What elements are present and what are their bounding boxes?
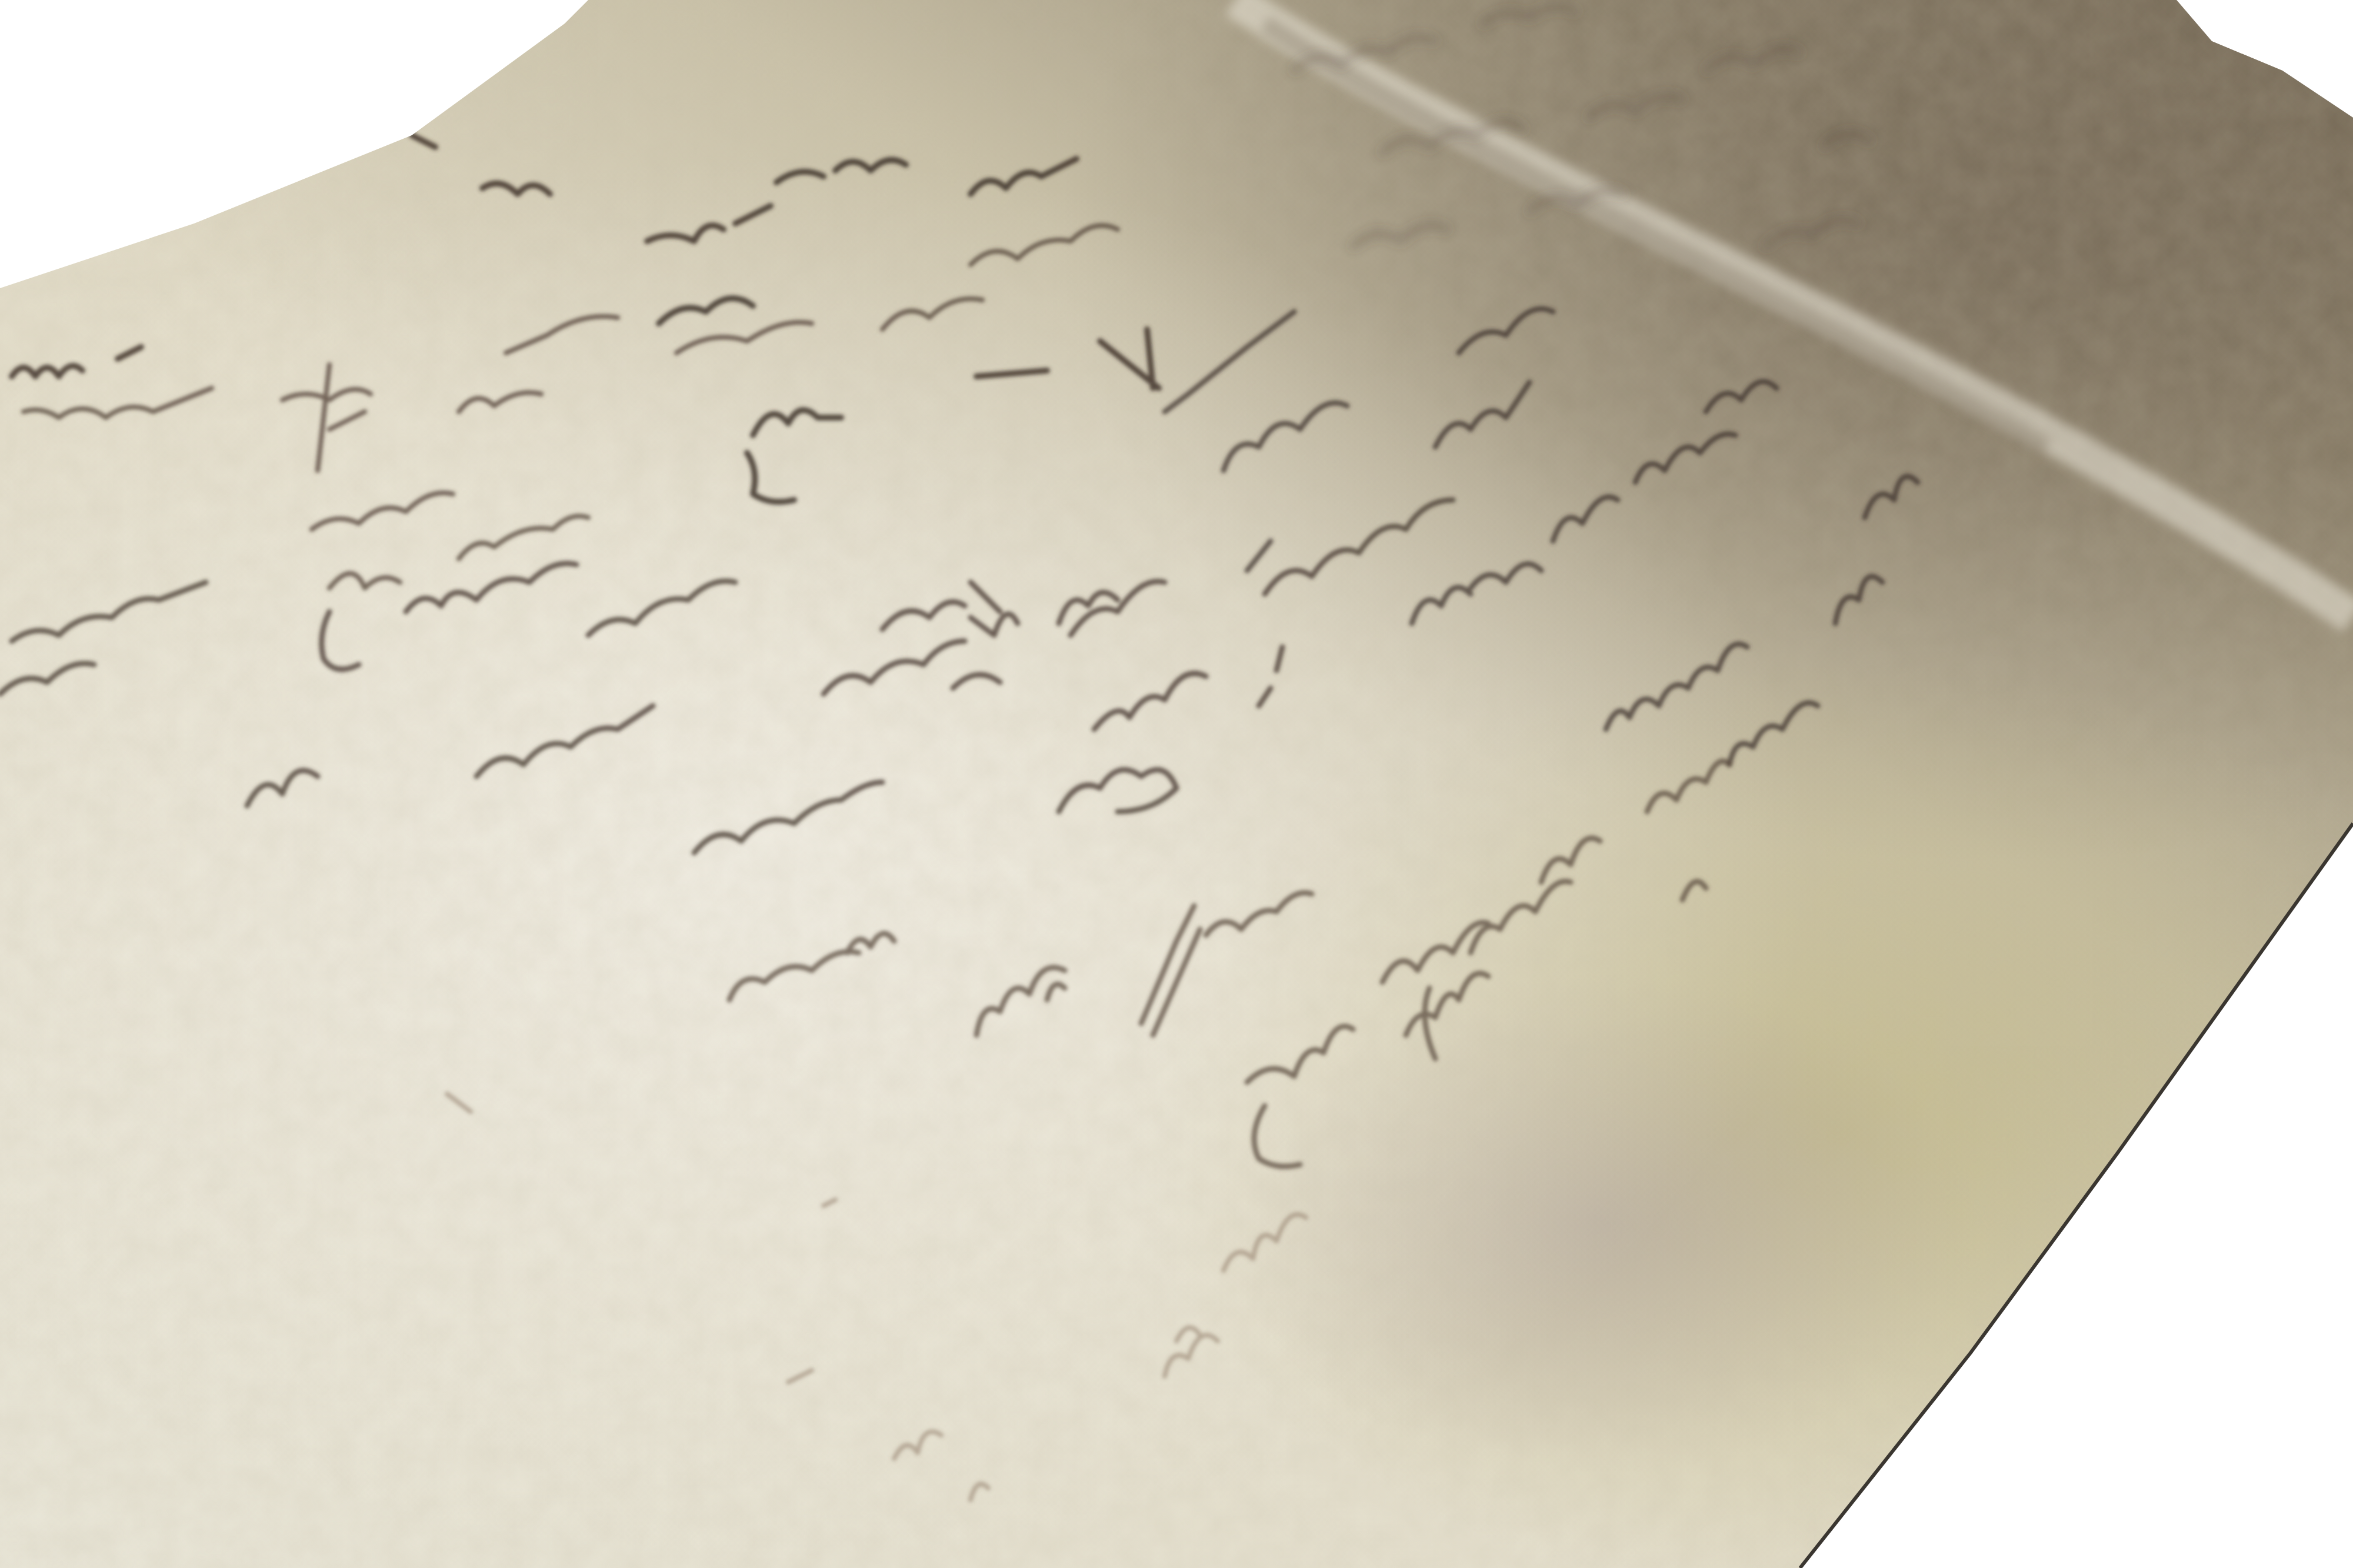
parchment-photo [0, 0, 2353, 1568]
